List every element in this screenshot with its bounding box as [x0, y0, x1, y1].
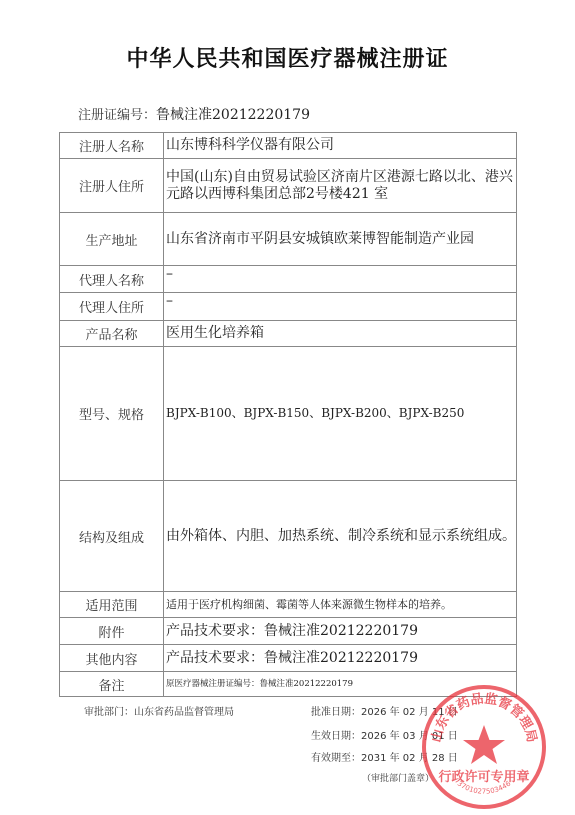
row-label: 产品名称: [60, 321, 164, 347]
table-row: 结构及组成 由外箱体、内胆、加热系统、制冷系统和显示系统组成。: [60, 481, 517, 592]
row-label: 注册人住所: [60, 159, 164, 213]
row-value: 由外箱体、内胆、加热系统、制冷系统和显示系统组成。: [164, 481, 517, 592]
table-row: 附件 产品技术要求：鲁械注准20212220179: [60, 618, 517, 645]
registration-number-label: 注册证编号：: [78, 108, 156, 123]
row-label: 备注: [60, 672, 164, 697]
table-row: 产品名称 医用生化培养箱: [60, 321, 517, 347]
row-value: 产品技术要求：鲁械注准20212220179: [164, 618, 517, 645]
row-label: 适用范围: [60, 592, 164, 618]
certificate-title: 中华人民共和国医疗器械注册证: [0, 42, 575, 73]
row-value: BJPX-B100、BJPX-B150、BJPX-B200、BJPX-B250: [164, 347, 517, 481]
row-value: –: [164, 266, 517, 293]
row-label: 生产地址: [60, 213, 164, 266]
svg-text:行政许可专用章: 行政许可专用章: [438, 769, 529, 785]
row-label: 注册人名称: [60, 133, 164, 159]
row-label: 结构及组成: [60, 481, 164, 592]
table-row: 适用范围 适用于医疗机构细菌、霉菌等人体来源微生物样本的培养。: [60, 592, 517, 618]
row-label: 代理人名称: [60, 266, 164, 293]
table-row: 生产地址 山东省济南市平阴县安城镇欧莱博智能制造产业园: [60, 213, 517, 266]
row-value: 山东省济南市平阴县安城镇欧莱博智能制造产业园: [164, 213, 517, 266]
table-row: 其他内容 产品技术要求：鲁械注准20212220179: [60, 645, 517, 672]
row-value: 山东博科科学仪器有限公司: [164, 133, 517, 159]
row-value: 中国(山东)自由贸易试验区济南片区港源七路以北、港兴元路以西博科集团总部2号楼4…: [164, 159, 517, 213]
table-row: 注册人名称 山东博科科学仪器有限公司: [60, 133, 517, 159]
registration-number-value: 鲁械注准20212220179: [156, 107, 310, 123]
certificate-table: 注册人名称 山东博科科学仪器有限公司 注册人住所 中国(山东)自由贸易试验区济南…: [59, 132, 517, 697]
row-value: 医用生化培养箱: [164, 321, 517, 347]
row-label: 其他内容: [60, 645, 164, 672]
row-label: 附件: [60, 618, 164, 645]
table-row: 注册人住所 中国(山东)自由贸易试验区济南片区港源七路以北、港兴元路以西博科集团…: [60, 159, 517, 213]
row-label: 型号、规格: [60, 347, 164, 481]
row-value: 产品技术要求：鲁械注准20212220179: [164, 645, 517, 672]
official-seal-icon: 山东省药品监督管理局 行政许可专用章 3701027503446: [420, 683, 548, 811]
table-row: 代理人住所 –: [60, 293, 517, 321]
row-label: 代理人住所: [60, 293, 164, 321]
table-row: 型号、规格 BJPX-B100、BJPX-B150、BJPX-B200、BJPX…: [60, 347, 517, 481]
row-value: –: [164, 293, 517, 321]
table-row: 代理人名称 –: [60, 266, 517, 293]
row-value: 适用于医疗机构细菌、霉菌等人体来源微生物样本的培养。: [164, 592, 517, 618]
approval-department: 审批部门：山东省药品监督管理局: [84, 703, 234, 718]
registration-number: 注册证编号：鲁械注准20212220179: [78, 104, 310, 124]
